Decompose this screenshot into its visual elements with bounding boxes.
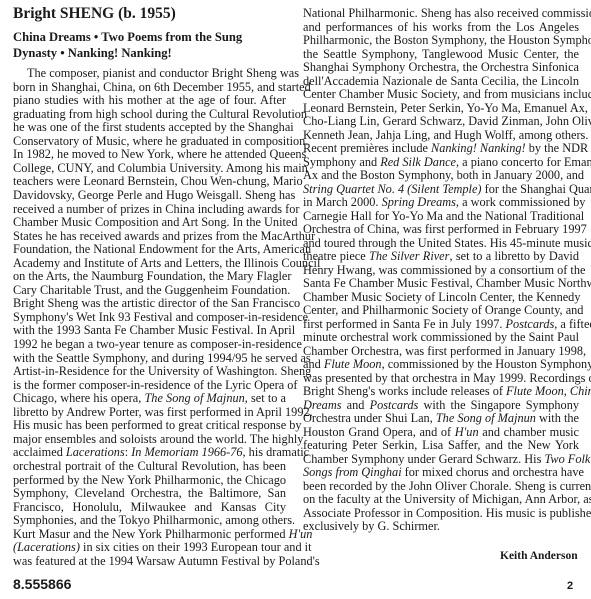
left-column-line: College, CUNY, and Columbia University. … (13, 162, 286, 175)
right-column-line: Houston Grand Opera, and of H'un and cha… (303, 426, 579, 439)
right-column-line: Carnegie Hall for Yo-Yo Ma and the Natio… (303, 210, 579, 223)
left-column-line: Conservatory of Music, where he graduate… (13, 135, 286, 148)
right-column-line: featuring Peter Serkin, Lisa Saffer, and… (303, 439, 579, 452)
right-column-line: and toured through the United States. Hi… (303, 237, 579, 250)
left-column-line: Davidovsky, George Perle and Hugo Weisga… (13, 189, 286, 202)
left-column-line: Chicago, where his opera, The Song of Ma… (13, 392, 286, 405)
catalogue-number: 8.555866 (13, 576, 71, 592)
left-column-line: libretto by Andrew Porter, was first per… (13, 406, 286, 419)
italic-title: String Quartet No. 4 (Silent Temple) (303, 182, 482, 196)
right-column-line: and performances of his works from the L… (303, 21, 579, 34)
right-column-line: Recent premières include Nanking! Nankin… (303, 142, 579, 155)
right-column-line: Kenneth Jean, Jahja Ling, and Hugh Wolff… (303, 129, 579, 142)
left-column-line: Symphony, Cleveland Orchestra, the Balti… (13, 487, 286, 500)
right-column-line: National Philharmonic. Sheng has also re… (303, 7, 579, 20)
right-column-line: on the faculty at the University of Mich… (303, 493, 579, 506)
left-column-line: born in Shanghai, China, on 6th December… (13, 81, 286, 94)
right-column-line: the Seattle Symphony, Tanglewood Music C… (303, 48, 579, 61)
left-column-line: is the former composer-in-residence of t… (13, 379, 286, 392)
right-column-line: Center Chamber Music Society, and from m… (303, 88, 579, 101)
left-column-line: Symphonies, and the Tokyo Philharmonic, … (13, 514, 286, 527)
right-column-line: Santa Fe Chamber Music Festival, Chamber… (303, 277, 579, 290)
left-column-line: graduating from high school during the C… (13, 108, 286, 121)
left-column-line: performed by the New York Philharmonic, … (13, 474, 286, 487)
right-column-line: Center, and Philharmonic Society of Oran… (303, 304, 579, 317)
right-column-line: dell'Accademia Nazionale de Santa Cecili… (303, 75, 579, 88)
left-column-line: States he has received awards and prizes… (13, 230, 286, 243)
author-signature: Keith Anderson (500, 550, 578, 562)
left-column-line: Artist-in-Residence for the University o… (13, 365, 286, 378)
page-number: 2 (567, 580, 573, 592)
italic-title: The Song of Majnun (436, 411, 536, 425)
left-column-line: Kurt Masur and the New York Philharmonic… (13, 528, 286, 541)
italic-title: Spring Dreams (382, 195, 456, 209)
right-column-line: String Quartet No. 4 (Silent Temple) for… (303, 183, 579, 196)
right-column-line: Ax and the Boston Symphony, both in Janu… (303, 169, 579, 182)
right-column-line: Associate Professor in Composition. His … (303, 507, 579, 520)
left-column-line: he was one of the first students accepte… (13, 121, 286, 134)
left-column-line: Bright Sheng was the artistic director o… (13, 297, 286, 310)
right-column-line: was presented by that orchestra in May 1… (303, 372, 579, 385)
left-column-line: teachers were Leonard Bernstein, Chou We… (13, 175, 286, 188)
works-subtitle-line-1: China Dreams • Two Poems from the Sung (13, 29, 242, 45)
works-subtitle: China Dreams • Two Poems from the Sung D… (13, 29, 242, 61)
right-column-line: Philharmonic, the Boston Symphony, the H… (303, 34, 579, 47)
left-column-line: His music has been performed to great cr… (13, 419, 286, 432)
italic-title: Lacerations (66, 445, 125, 459)
right-column-line: in March 2000. Spring Dreams, a work com… (303, 196, 579, 209)
right-column-line: first performed in Santa Fe in July 1997… (303, 318, 579, 331)
italic-title: Flute Moon (324, 357, 382, 371)
right-column-line: been recorded by the John Oliver Chorale… (303, 480, 579, 493)
left-column-line: on the Arts, the Naumburg Foundation, th… (13, 270, 286, 283)
left-column-line: Academy and Institute of Arts and Letter… (13, 257, 286, 270)
left-column-line: piano studies with his mother at the age… (13, 94, 286, 107)
left-column-line: Cary Charitable Trust, and the Guggenhei… (13, 284, 286, 297)
left-column-line: The composer, pianist and conductor Brig… (27, 67, 286, 80)
left-column-line: acclaimed Lacerations: In Memoriam 1966-… (13, 446, 286, 459)
left-column-line: Francisco, Honolulu, Milwaukee and Kansa… (13, 501, 286, 514)
left-column-line: received a number of prizes in China inc… (13, 203, 286, 216)
left-column-line: was featured at the 1994 Warsaw Autumn F… (13, 555, 286, 568)
left-column-line: Foundation, the National Endowment for t… (13, 243, 286, 256)
right-column-line: Shanghai Symphony Orchestra, the Orchest… (303, 61, 579, 74)
works-subtitle-line-2: Dynasty • Nanking! Nanking! (13, 45, 242, 61)
right-column-line: Dreams and Postcards with the Singapore … (303, 399, 579, 412)
italic-title: In Memoriam 1966-76 (131, 445, 242, 459)
italic-title: Two Folk (544, 452, 590, 466)
italic-title: Red Silk Dance (380, 155, 456, 169)
right-column-line: Bright Sheng's works include releases of… (303, 385, 579, 398)
right-column-line: Chamber Orchestra, was first performed i… (303, 345, 579, 358)
right-column-line: Symphony and Red Silk Dance, a piano con… (303, 156, 579, 169)
left-column-line: with the 1993 Santa Fe Chamber Music Fes… (13, 324, 286, 337)
right-column-line: Cho-Liang Lin, Gerard Schwarz, David Zin… (303, 115, 579, 128)
right-column-line: Chamber Symphony under Gerard Schwarz. H… (303, 453, 579, 466)
left-column-line: In 1982, he moved to New York, where he … (13, 148, 286, 161)
italic-title: The Silver River (369, 249, 449, 263)
left-column-line: 1992 he began a two-year tenure as compo… (13, 338, 286, 351)
italic-title: The Song of Majnun (144, 391, 244, 405)
left-column-line: Chamber Music Composition and Art Song. … (13, 216, 286, 229)
composer-heading: Bright SHENG (b. 1955) (13, 5, 176, 23)
italic-title: Dreams (303, 398, 341, 412)
left-column-line: orchestral portrait of the Cultural Revo… (13, 460, 286, 473)
right-column-line: Songs from Qinghai for mixed chorus and … (303, 466, 579, 479)
left-column-line: with the Seattle Symphony, and during 19… (13, 352, 286, 365)
italic-title: Songs from Qinghai (303, 465, 402, 479)
right-column-line: minute orchestral work commissioned by t… (303, 331, 579, 344)
right-column-line: Orchestra under Shui Lan, The Song of Ma… (303, 412, 579, 425)
right-column-line: Henry Hwang, was commissioned by a conso… (303, 264, 579, 277)
right-column-line: Orchestra of China, was first performed … (303, 223, 579, 236)
right-column-line: theatre piece The Silver River, set to a… (303, 250, 579, 263)
italic-title: H'un (455, 425, 479, 439)
left-column-line: Symphony's Wet Ink 93 Festival and compo… (13, 311, 286, 324)
italic-title: Postcards (370, 398, 419, 412)
italic-title: Flute Moon, China (506, 384, 591, 398)
italic-title: (Lacerations) (13, 540, 80, 554)
left-column-line: (Lacerations) in six cities on their 199… (13, 541, 286, 554)
right-column-line: Chamber Music Society of Lincoln Center,… (303, 291, 579, 304)
italic-title: Nanking! Nanking! (431, 141, 526, 155)
right-column-line: and Flute Moon, commissioned by the Hous… (303, 358, 579, 371)
left-column-line: major ensembles and soloists around the … (13, 433, 286, 446)
right-column-line: Leonard Bernstein, Peter Serkin, Yo-Yo M… (303, 102, 579, 115)
italic-title: Postcards (506, 317, 555, 331)
right-column-line: exclusively by G. Schirmer. (303, 520, 579, 533)
